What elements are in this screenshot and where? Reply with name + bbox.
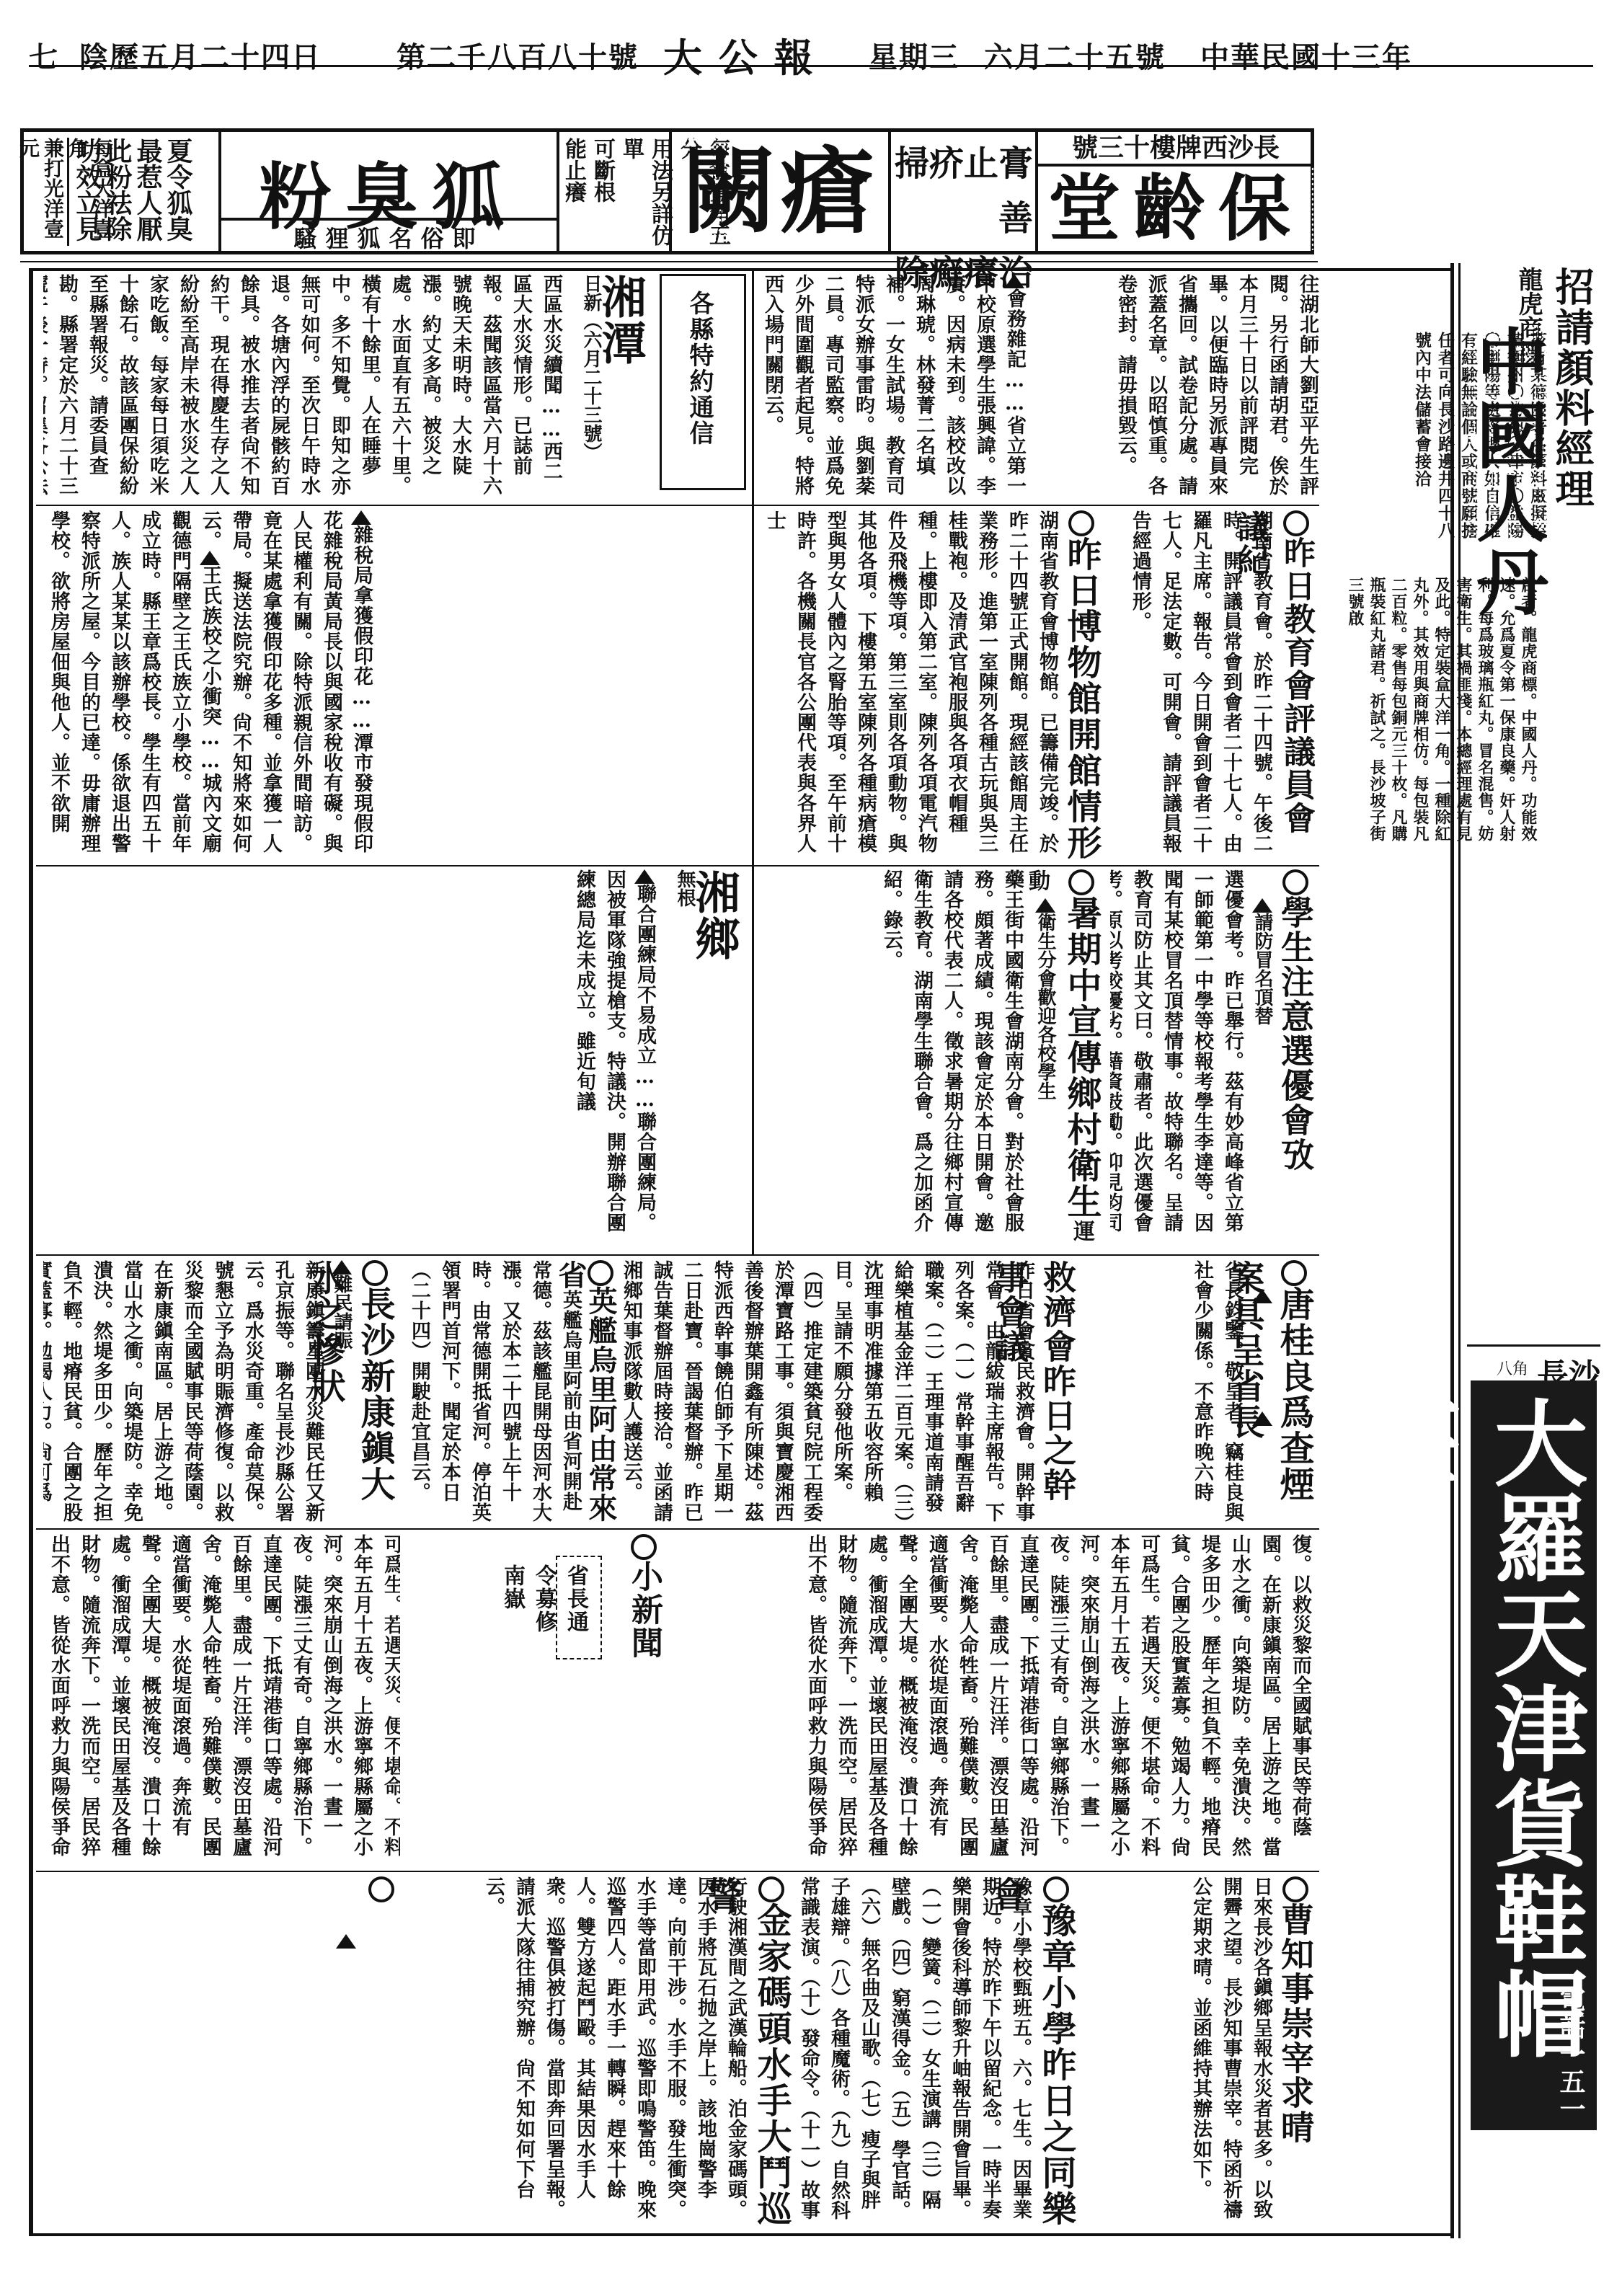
article-subhead: 衛生分會歡迎各校學生	[1032, 898, 1059, 1100]
weekday: 星期三	[869, 35, 960, 76]
triangle-icon	[1252, 1289, 1272, 1303]
article-subhead-2	[1251, 1411, 1273, 1426]
triangle-icon	[1252, 1411, 1272, 1426]
article-headline: 學生注意選優會攷	[1272, 869, 1319, 1172]
article-edu-council: 昨日教育會評議員會議紀 湖南省教育會。於昨二十四號。午後二時。開評議員常會到會者…	[1110, 510, 1319, 862]
article-yuzhang-school: 金家碼頭水手大鬥巡警 行駛湘漢間之武漢輪船。泊金家碼頭。因水手將瓦石抛之岸上。該…	[404, 1876, 797, 2230]
article-changsha-flood: 長沙新康鎭大水之慘狀 難民請賑 新康鎭籌星團水災難民任又新孔京振等。聯名呈長沙縣…	[43, 1260, 400, 1525]
article-headline: 暑期中宣傳鄉村衛生運動	[1016, 869, 1107, 1251]
triangle-icon	[351, 510, 371, 525]
circle-bullet-icon	[1282, 869, 1308, 895]
solar-date: 六月二十五號	[984, 35, 1166, 76]
circle-bullet-icon	[1283, 510, 1309, 536]
article-body: 新康鎭籌星團水災難民任又新孔京振等。聯名呈長沙縣公署云。爲水災奇重。產命莫保。號…	[43, 1260, 328, 1525]
article-misc-notes: 會務雜記……省立第一中校原選學生張興諱。李賡。因病未到。該校改以周琳琥。林發菁二…	[757, 274, 1107, 501]
article-student-notice: 學生注意選優會攷 請防冒名頂替 選優會考。昨已舉行。茲有妙高峰省立第一師範第一中…	[1110, 869, 1319, 1251]
triangle-icon	[634, 869, 655, 884]
article-headline: 曹知事崇宰求晴	[1272, 1876, 1319, 2145]
grid-left-rule	[29, 268, 33, 2236]
triangle-icon	[1004, 274, 1024, 288]
circle-bullet-icon	[631, 1534, 657, 1560]
article-fake-stamp: 雜稅局拿獲假印花……潭市發現假印花雜稅局黃局長以與國家稅收有礙。與人民權利有關。…	[43, 510, 746, 862]
triangle-icon	[1252, 898, 1272, 913]
circle-bullet-icon	[1281, 1260, 1307, 1286]
fox-powder-copy: 夏令狐臭 最惹人厭 此粉祛除 功效立見	[67, 138, 193, 246]
row-rule-3	[36, 1254, 1319, 1256]
article-body: 日來長沙各鎭鄉呈報水災者甚多。以致開霽之望。長沙知事曹崇宰。特函祈禱公定期求晴。…	[1085, 1876, 1276, 2230]
row-rule-2	[36, 865, 1319, 866]
article-jin-wharf	[43, 1876, 400, 2230]
baoling-ad: 長沙西牌樓十三號 保齡堂	[1035, 132, 1313, 251]
article-summer-hygiene: 暑期中宣傳鄉村衛生運動 衛生分會歡迎各校學生 藥王街中國衛生會湖南分會。對於社會…	[757, 869, 1107, 1251]
article-nanyue: 曹知事崇宰求晴 日來長沙各鎭鄉呈報水災者甚多。以致開霽之望。長沙知事曹崇宰。特函…	[1085, 1876, 1319, 2230]
article-body: 藥王街中國衛生會湖南分會。對於社會服務。頗著成績。現該會定於本日開會。邀請各校代…	[757, 869, 1027, 1251]
article-flood-continued-2: 新康鎭籌星團水災難民任又新孔京振等。聯名呈長沙縣公署云。爲水災奇重。產命莫保。號…	[43, 1534, 400, 1868]
grid-top-rule	[29, 268, 1453, 271]
article-flood-continued: 新康鎭籌星團水災難民任又新孔京振等。聯名呈長沙縣公署云。爲水災奇重。產命莫保。號…	[800, 1534, 1319, 1868]
article-subhead	[335, 1934, 357, 1949]
circle-bullet-icon	[588, 1260, 613, 1286]
article-body	[43, 1876, 328, 2230]
circle-bullet-icon	[368, 1876, 394, 1902]
article-body: 湖南省教育會博物館。已籌備完竣。於昨二十四號正式開館。現經該館周主任業務形。進第…	[759, 510, 1062, 862]
row-rule-5	[36, 1871, 1319, 1872]
issue-number: 第二千八百八十號	[396, 35, 639, 76]
article-subhead: 請防冒名頂替	[1249, 898, 1276, 1025]
circle-bullet-icon	[362, 1260, 388, 1286]
masthead: 七 陰歷五月二十四日 第二千八百八十號 大 公 報 星期三 六月二十五號 中華民…	[29, 14, 1593, 79]
dragon-tiger-title: 中國人丹	[1467, 324, 1546, 619]
article-subhead	[1251, 1289, 1273, 1303]
county-correspondence-box: 各縣特約通信	[660, 274, 746, 490]
article-body: 雜稅局拿獲假印花……潭市發現假印花雜稅局黃局長以與國家稅收有礙。與人民權利有關。…	[43, 510, 376, 862]
circle-bullet-icon	[1068, 510, 1094, 536]
sidebar-divider	[1450, 263, 1454, 2238]
lunar-date: 陰歷五月二十四日	[79, 35, 322, 76]
triangle-icon	[1035, 898, 1055, 913]
tianjin-ad: 大羅天津貨鞋帽莊 電話一五一	[1471, 1380, 1597, 2130]
article-body: 評卷辦法……男女試卷。一百七十三本。當日由李司長彙封。由郵局寄往湖北師大劉亞平先…	[1110, 274, 1319, 501]
ad-rule	[20, 261, 1318, 262]
article-headline	[363, 1876, 400, 1902]
col-rule	[752, 268, 754, 1256]
circle-bullet-icon	[1043, 1876, 1069, 1902]
row-rule-1	[36, 505, 1319, 506]
triangle-icon	[200, 551, 220, 565]
sore-ad-title: 瘡闕	[672, 132, 888, 251]
xiangxiang-header: 湘鄉 無根	[667, 869, 746, 1230]
article-headline: 昨日博物館開館情形	[1057, 510, 1107, 861]
article-headline: 小新聞	[621, 1534, 667, 1659]
article-cao-magistrate: 豫章小學昨日之同樂會 豫章小學校甄班五。六。七生。因畢業期近。特於昨下午以留紀念…	[800, 1876, 1081, 2230]
tianjin-phone: 電話一五一	[1553, 1986, 1590, 2123]
article-body: 新康鎭籌星團水災難民任又新孔京振等。聯名呈長沙縣公署云。爲水災奇重。產命莫保。號…	[43, 1534, 400, 1868]
article-exam-results: 評卷辦法……男女試卷。一百七十三本。當日由李司長彙封。由郵局寄往湖北師大劉亞平先…	[1110, 274, 1319, 501]
masthead-rule	[29, 65, 1593, 67]
article-museum: 昨日博物館開館情形 湖南省教育會博物館。已籌備完竣。於昨二十四號正式開館。現經該…	[757, 510, 1107, 862]
recruit-title: 招請顏料經理	[1545, 267, 1600, 509]
top-ad-banner: 每盒大洋壹角兼打光洋壹元 夏令狐臭 最惹人厭 此粉祛除 功效立見 狐臭粉 即俗名…	[20, 128, 1314, 254]
article-body: 省長鈞鑒。敬呈者。竊桂良與社會少關係。不意昨晚六時	[1085, 1260, 1247, 1525]
article-xiangxiang: 湘鄉 無根 聯合團練局不易成立……聯合團練局。因被軍隊強提槍支。特議決。開辦聯合…	[43, 869, 746, 1251]
triangle-icon	[332, 1260, 352, 1275]
tianjin-price: 八角	[1497, 1357, 1528, 1379]
circle-bullet-icon	[758, 1876, 784, 1902]
circle-bullet-icon	[1068, 869, 1094, 895]
xiangxiang-dateline: 無根	[672, 869, 699, 907]
circle-bullet-icon	[1282, 1876, 1308, 1902]
dragon-tiger-body: 啟者。龍虎商標。中國人丹。功能效速。允爲夏令第一保康良藥。奸人射利。每爲玻璃瓶紅…	[1467, 577, 1539, 843]
article-guiliang: 省長通令募修南嶽 小新聞	[404, 1534, 797, 1868]
article-body: 籌賑會派員晉謁葉督辦湖南華洋籌賑會。因關於潭寶路工事。須與寶慶湘西善後督辦葉開鑫…	[404, 1260, 797, 1525]
xiangtan-header: 湘潭 日新（六月二十三號）	[573, 274, 652, 490]
small-news-box: 省長通令募修南嶽	[556, 1556, 602, 1659]
article-body: 豫章小學校甄班五。六。七生。因畢業期近。特於昨下午以留紀念。一時半奏樂開會後科導…	[800, 1876, 1035, 2230]
article-body: 湖南省教育會。於昨二十四號。午後二時。開評議員常會到會者二十七人。由羅凡主席。報…	[1110, 510, 1276, 862]
baoling-address: 長沙西牌樓十三號	[1038, 132, 1313, 167]
article-body: 新康鎭籌星團水災難民任又新孔京振等。聯名呈長沙縣公署云。爲水災奇重。產命莫保。號…	[800, 1534, 1319, 1868]
article-subhead: 難民請賑	[329, 1260, 355, 1349]
article-relief-meeting: 救濟會昨日之幹事會議 昨日省會貧民救濟會。開幹事常會。由龍紱瑞主席報告。下列各案…	[800, 1260, 1081, 1525]
sore-ad-copy: 掃疥止膏善 除癬癢治	[889, 136, 1033, 252]
sidebar-divider-2	[1458, 263, 1461, 2238]
article-body: 會務雜記……省立第一中校原選學生張興諱。李賡。因病未到。該校改以周琳琥。林發菁二…	[757, 274, 1029, 501]
xiangtan-dateline: 日新（六月二十三號）	[578, 274, 605, 461]
fox-powder-subtitle: 即俗名狐狸騷	[221, 218, 557, 251]
article-body: 聯合團練局不易成立……聯合團練局。因被軍隊強提槍支。特議決。開辦聯合團練總局迄未…	[43, 869, 660, 1251]
triangle-icon	[336, 1934, 356, 1949]
article-xiangtan: 各縣特約通信 湘潭 日新（六月二十三號） 西區水災續聞……西二區大水災情形。已誌…	[43, 274, 746, 501]
article-body: 行駛湘漢間之武漢輪船。泊金家碼頭。因水手將瓦石抛之岸上。該地崗警李達。向前干涉。…	[404, 1876, 750, 2230]
tianjin-ad-header: 長沙 八角	[1467, 1344, 1600, 1375]
article-body: 選優會考。昨已舉行。茲有妙高峰省立第一師範第一中學等校報考學生李達等。因聞有某校…	[1110, 869, 1247, 1251]
article-body	[710, 1534, 797, 1868]
baoling-title: 保齡堂	[1038, 167, 1313, 250]
sore-ad: 瘡闕	[669, 132, 891, 251]
article-body: 西區水災續聞……西二區大水災情形。已誌前報。茲聞該區當六月十六號晚天未明時。大水…	[43, 274, 566, 501]
row-rule-4	[36, 1528, 1319, 1530]
article-body: 昨日省會貧民救濟會。開幹事常會。由龍紱瑞主席報告。下列各案。（一）常幹事醒吾辭職…	[800, 1260, 1038, 1525]
fox-powder-ad: 狐臭粉 即俗名狐狸騷	[218, 132, 559, 251]
article-relief-committee: 籌賑會派員晉謁葉督辦湖南華洋籌賑會。因關於潭寶路工事。須與寶慶湘西善後督辦葉開鑫…	[404, 1260, 797, 1525]
page-number: 七	[29, 35, 59, 76]
year: 中華民國十三年	[1200, 35, 1412, 76]
article-zhao-finance: 唐桂良爲查煙案具呈省長 省長鈞鑒。敬呈者。竊桂良與社會少關係。不意昨晚六時	[1085, 1260, 1319, 1525]
grid-bottom-rule	[29, 2233, 1453, 2236]
paper-name: 大 公 報	[663, 27, 815, 83]
